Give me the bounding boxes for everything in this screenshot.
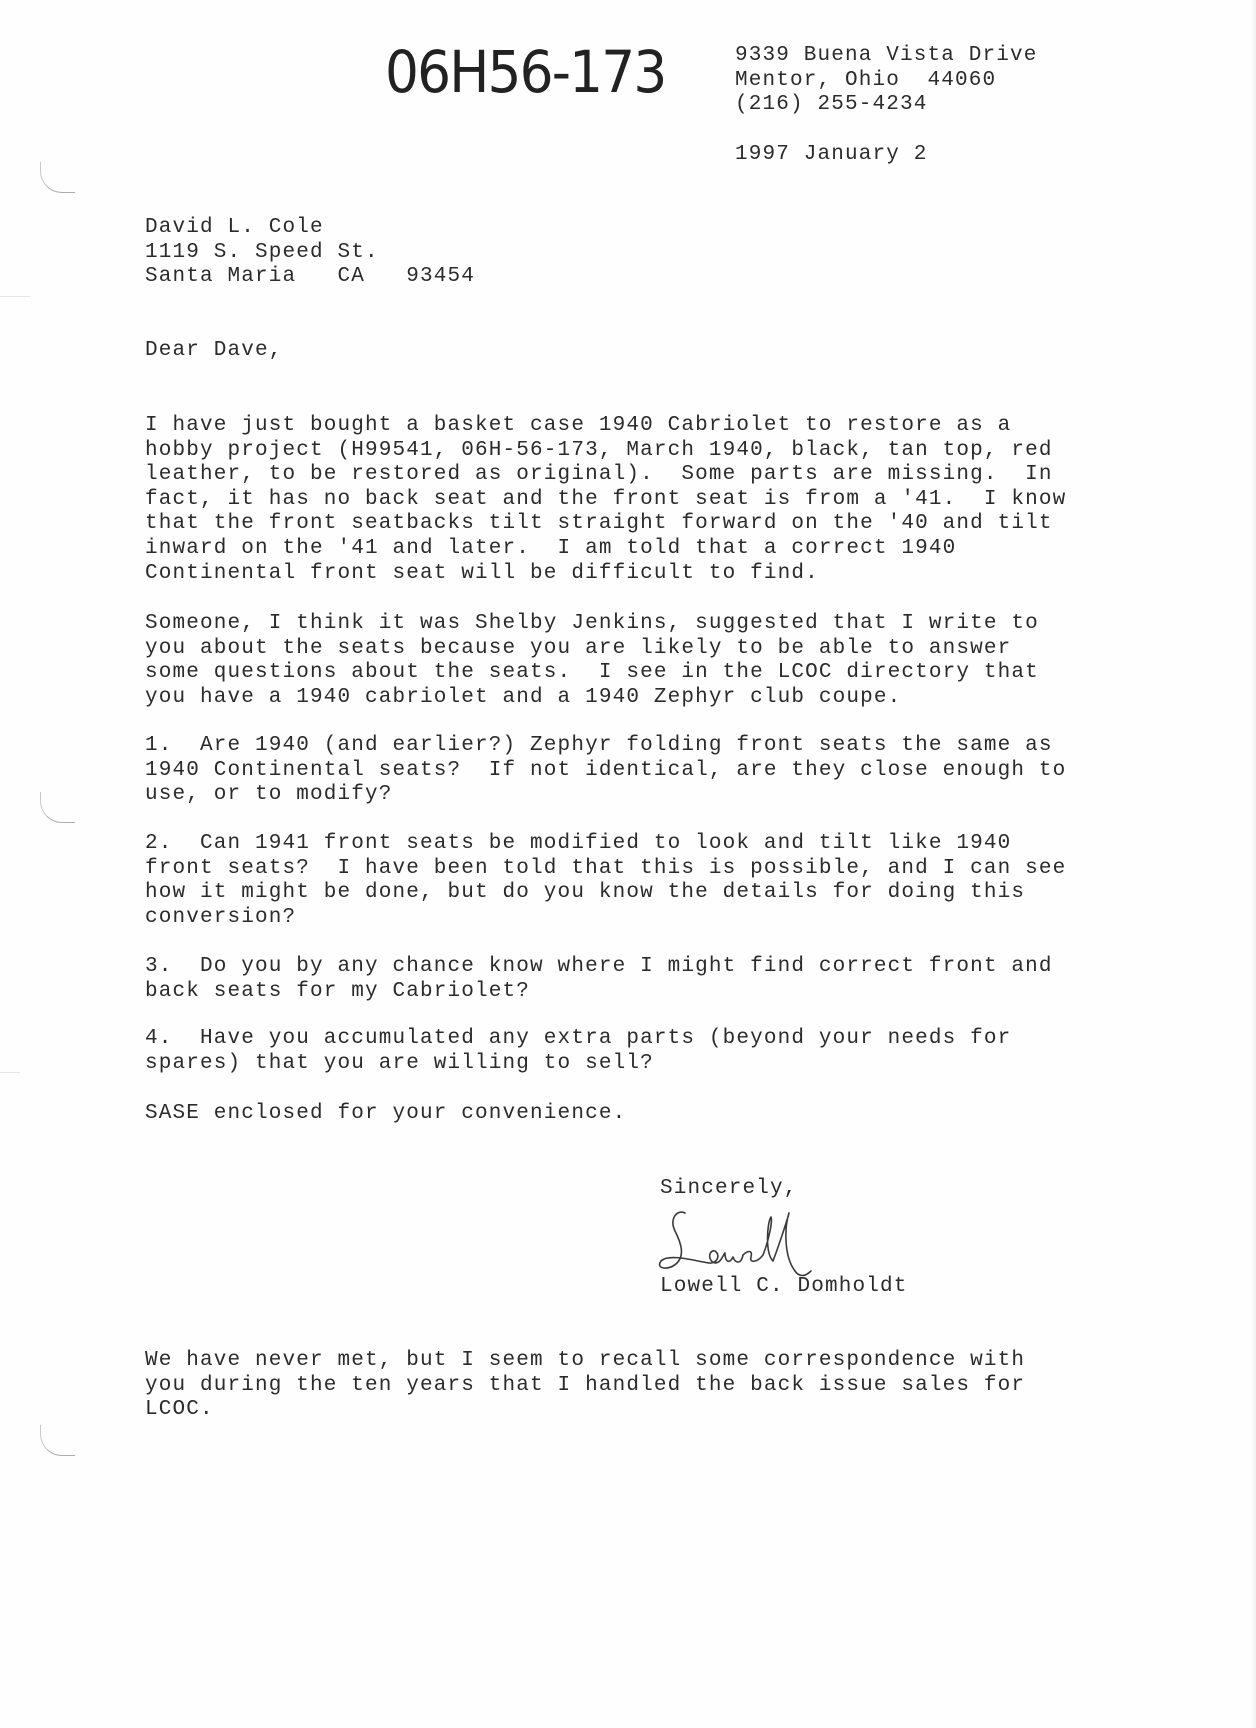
punch-hole-mark: [40, 792, 75, 823]
question-1: 1. Are 1940 (and earlier?) Zephyr foldin…: [145, 734, 1105, 808]
recipient-street: 1119 S. Speed St.: [145, 241, 379, 264]
handwritten-reference-number: 06H56-173: [385, 38, 665, 106]
sender-phone: (216) 255-4234: [735, 93, 928, 116]
sender-address: 9339 Buena Vista Drive Mentor, Ohio 4406…: [735, 44, 1038, 118]
letter-page: 06H56-173 9339 Buena Vista Drive Mentor,…: [0, 0, 1256, 1728]
closing: Sincerely,: [660, 1177, 798, 1202]
recipient-address: David L. Cole 1119 S. Speed St. Santa Ma…: [145, 216, 475, 290]
postscript-paragraph: We have never met, but I seem to recall …: [145, 1349, 1025, 1423]
recipient-name: David L. Cole: [145, 216, 324, 239]
scan-artifact: [0, 1072, 20, 1073]
page-edge-shadow: [1250, 0, 1256, 1728]
body-paragraph-referral: Someone, I think it was Shelby Jenkins, …: [145, 612, 1105, 710]
sender-city: Mentor, Ohio 44060: [735, 69, 996, 92]
scan-artifact: [0, 296, 30, 297]
signer-name: Lowell C. Domholdt: [660, 1275, 908, 1300]
question-4: 4. Have you accumulated any extra parts …: [145, 1027, 1105, 1076]
punch-hole-mark: [40, 1425, 75, 1456]
letter-date: 1997 January 2: [735, 143, 928, 168]
salutation: Dear Dave,: [145, 339, 283, 364]
recipient-city: Santa Maria CA 93454: [145, 265, 475, 288]
sender-street: 9339 Buena Vista Drive: [735, 44, 1038, 67]
question-3: 3. Do you by any chance know where I mig…: [145, 955, 1105, 1004]
handwritten-signature: [655, 1205, 835, 1280]
body-paragraph-intro: I have just bought a basket case 1940 Ca…: [145, 414, 1105, 586]
question-2: 2. Can 1941 front seats be modified to l…: [145, 832, 1105, 930]
punch-hole-mark: [40, 162, 75, 193]
sase-note: SASE enclosed for your convenience.: [145, 1102, 1105, 1127]
